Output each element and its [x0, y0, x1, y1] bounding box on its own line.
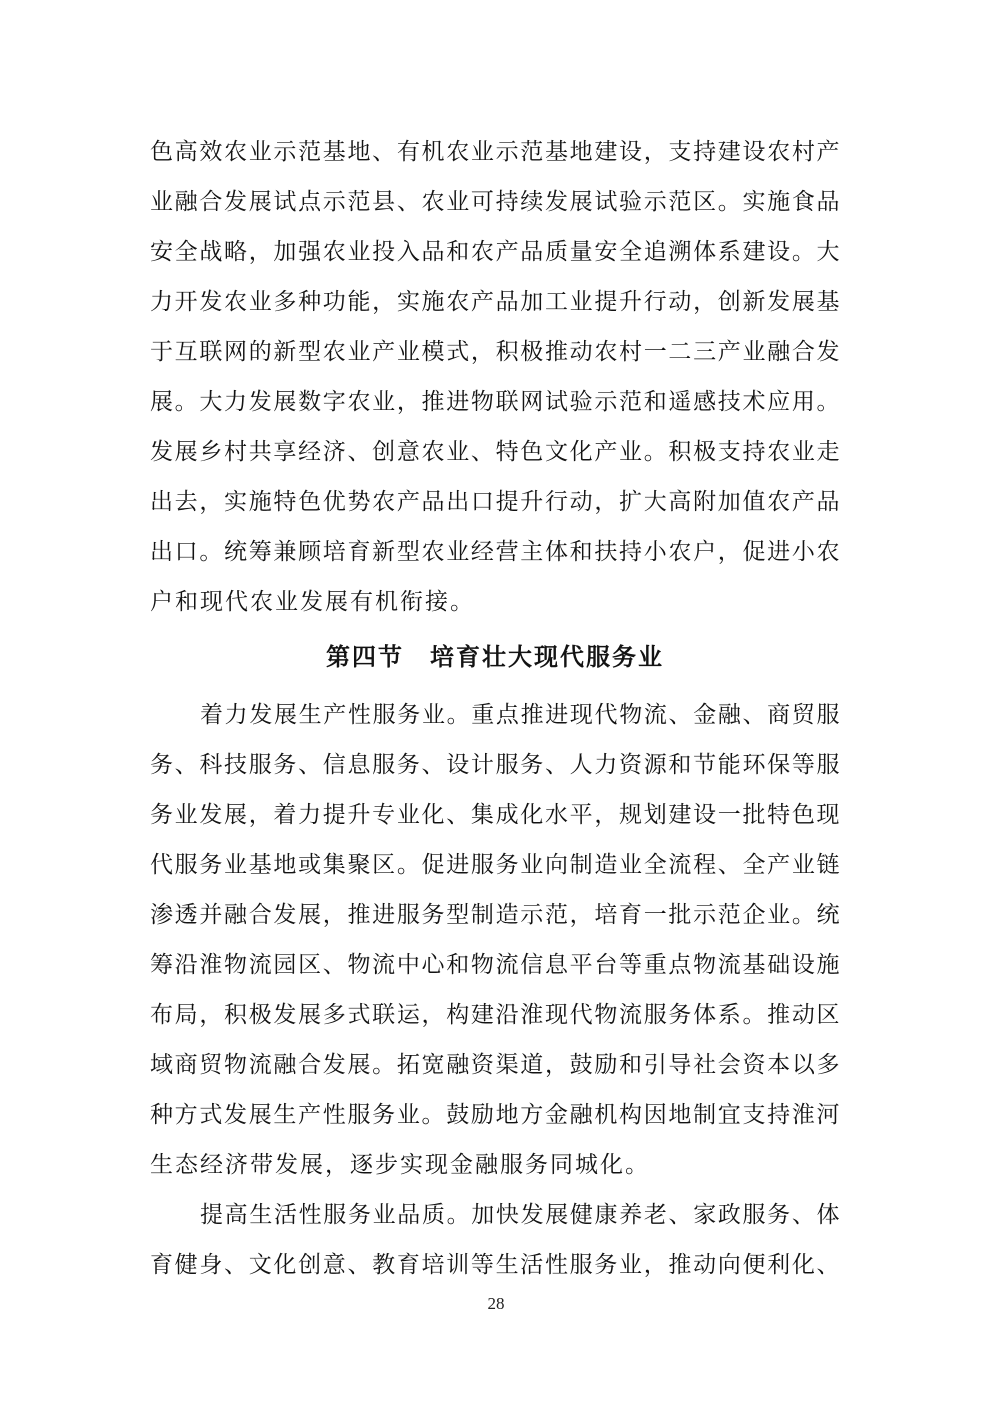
body-line: 力开发农业多种功能，实施农产品加工业提升行动，创新发展基	[150, 277, 840, 327]
body-line: 生态经济带发展，逐步实现金融服务同城化。	[150, 1140, 840, 1190]
body-line: 于互联网的新型农业产业模式，积极推动农村一二三产业融合发	[150, 327, 840, 377]
body-line: 出口。统筹兼顾培育新型农业经营主体和扶持小农户，促进小农	[150, 527, 840, 577]
body-line: 筹沿淮物流园区、物流中心和物流信息平台等重点物流基础设施	[150, 940, 840, 990]
body-line: 着力发展生产性服务业。重点推进现代物流、金融、商贸服	[150, 690, 840, 740]
body-line: 提高生活性服务业品质。加快发展健康养老、家政服务、体	[150, 1190, 840, 1240]
body-line: 业融合发展试点示范县、农业可持续发展试验示范区。实施食品	[150, 177, 840, 227]
body-line: 展。大力发展数字农业，推进物联网试验示范和遥感技术应用。	[150, 377, 840, 427]
document-page: 色高效农业示范基地、有机农业示范基地建设，支持建设农村产 业融合发展试点示范县、…	[0, 0, 992, 1403]
body-line: 布局，积极发展多式联运，构建沿淮现代物流服务体系。推动区	[150, 990, 840, 1040]
body-line: 种方式发展生产性服务业。鼓励地方金融机构因地制宜支持淮河	[150, 1090, 840, 1140]
text-block: 色高效农业示范基地、有机农业示范基地建设，支持建设农村产 业融合发展试点示范县、…	[150, 127, 840, 1290]
body-line: 代服务业基地或集聚区。促进服务业向制造业全流程、全产业链	[150, 840, 840, 890]
body-line: 务业发展，着力提升专业化、集成化水平，规划建设一批特色现	[150, 790, 840, 840]
page-number: 28	[0, 1294, 992, 1314]
section-heading: 第四节 培育壮大现代服务业	[150, 627, 840, 690]
body-line: 域商贸物流融合发展。拓宽融资渠道，鼓励和引导社会资本以多	[150, 1040, 840, 1090]
body-line: 发展乡村共享经济、创意农业、特色文化产业。积极支持农业走	[150, 427, 840, 477]
paragraph-continuation: 色高效农业示范基地、有机农业示范基地建设，支持建设农村产 业融合发展试点示范县、…	[150, 127, 840, 627]
body-line: 渗透并融合发展，推进服务型制造示范，培育一批示范企业。统	[150, 890, 840, 940]
paragraph-consumer-services: 提高生活性服务业品质。加快发展健康养老、家政服务、体 育健身、文化创意、教育培训…	[150, 1190, 840, 1290]
paragraph-producer-services: 着力发展生产性服务业。重点推进现代物流、金融、商贸服 务、科技服务、信息服务、设…	[150, 690, 840, 1190]
body-line: 育健身、文化创意、教育培训等生活性服务业，推动向便利化、	[150, 1240, 840, 1290]
body-line: 色高效农业示范基地、有机农业示范基地建设，支持建设农村产	[150, 127, 840, 177]
body-line: 户和现代农业发展有机衔接。	[150, 577, 840, 627]
body-line: 安全战略，加强农业投入品和农产品质量安全追溯体系建设。大	[150, 227, 840, 277]
body-line: 出去，实施特色优势农产品出口提升行动，扩大高附加值农产品	[150, 477, 840, 527]
body-line: 务、科技服务、信息服务、设计服务、人力资源和节能环保等服	[150, 740, 840, 790]
